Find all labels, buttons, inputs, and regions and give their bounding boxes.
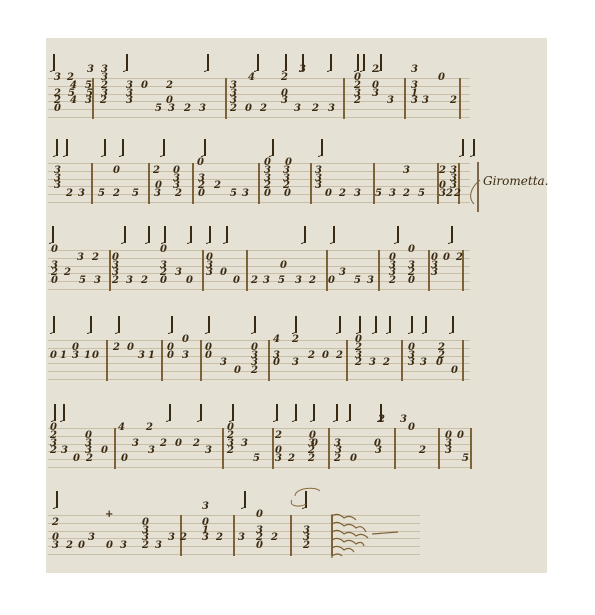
- tab-fret-number: 2: [146, 423, 153, 433]
- tab-fret-number: 5: [375, 189, 382, 199]
- barline: [462, 340, 464, 381]
- tab-fret-number: 0: [457, 431, 464, 441]
- tab-fret-number: 3: [202, 533, 209, 543]
- staff-line: [48, 371, 470, 372]
- tab-fret-number: 3: [54, 73, 61, 83]
- tab-fret-number: 3: [241, 439, 248, 449]
- barline: [225, 78, 227, 119]
- tab-fret-number: 3: [242, 189, 249, 199]
- tab-fret-number: 2: [100, 96, 107, 106]
- tab-fret-number: 3: [408, 358, 415, 368]
- tab-fret-number: 3: [299, 65, 306, 75]
- tab-fret-number: 3: [403, 166, 410, 176]
- tab-fret-number: 0: [408, 423, 415, 433]
- tab-fret-number: 0: [121, 454, 128, 464]
- barline: [328, 428, 330, 469]
- tab-fret-number: 0: [273, 358, 280, 368]
- tab-fret-number: 2: [251, 366, 258, 376]
- margin-label-title: Girometta.: [483, 174, 548, 188]
- tab-fret-number: 0: [198, 189, 205, 199]
- tab-fret-number: 3: [422, 96, 429, 106]
- tab-fret-number: 2: [260, 104, 267, 114]
- tab-fret-number: 0: [54, 104, 61, 114]
- tab-fret-number: 0: [322, 351, 329, 361]
- staff-line: [48, 78, 470, 79]
- barline: [106, 340, 108, 381]
- tab-fret-number: 5: [79, 276, 86, 286]
- tab-fret-number: 3: [182, 351, 189, 361]
- tab-fret-number: 0: [408, 276, 415, 286]
- barline: [161, 340, 163, 381]
- tab-fret-number: 2: [339, 189, 346, 199]
- tab-fret-number: 3: [387, 96, 394, 106]
- tab-fret-number: 5: [230, 189, 237, 199]
- tab-fret-number: 2: [160, 439, 167, 449]
- tab-fret-number: 3: [88, 533, 95, 543]
- tab-fret-number: 2: [308, 446, 315, 456]
- barline: [378, 250, 380, 291]
- tab-fret-number: 3: [126, 96, 133, 106]
- barline: [148, 163, 150, 204]
- tab-fret-number: 0: [350, 454, 357, 464]
- tab-fret-number: 3: [168, 104, 175, 114]
- tab-fret-number: 2: [166, 81, 173, 91]
- tab-fret-number: 3: [154, 189, 161, 199]
- tab-fret-number: 0: [284, 189, 291, 199]
- tab-fret-number: 3: [339, 268, 346, 278]
- tab-fret-number: 2: [230, 104, 237, 114]
- tab-fret-number: 2: [141, 276, 148, 286]
- tab-fret-number: 2: [50, 446, 57, 456]
- barline: [202, 250, 204, 291]
- tab-fret-number: 2: [446, 189, 453, 199]
- staff-line: [48, 250, 470, 251]
- tab-fret-number: 2: [275, 431, 282, 441]
- tab-fret-number: 2: [153, 166, 160, 176]
- tab-fret-number: 5: [98, 189, 105, 199]
- tab-fret-number: 2: [309, 276, 316, 286]
- tab-fret-number: 5: [278, 276, 285, 286]
- tab-fret-number: 0: [175, 439, 182, 449]
- tab-fret-number: 1: [84, 351, 91, 361]
- tab-fret-number: 5: [132, 189, 139, 199]
- tab-fret-number: 3: [148, 446, 155, 456]
- barline: [428, 250, 430, 291]
- barline: [109, 250, 111, 291]
- tab-fret-number: 0: [280, 261, 287, 271]
- staff-line: [48, 356, 470, 357]
- tab-fret-number: 0: [160, 276, 167, 286]
- tab-fret-number: 3: [220, 358, 227, 368]
- tab-fret-number: +: [105, 510, 113, 520]
- tab-fret-number: 0: [256, 541, 263, 551]
- staff-line: [48, 340, 470, 341]
- tab-fret-number: 3: [138, 351, 145, 361]
- tab-fret-number: 0: [197, 158, 204, 168]
- tab-fret-number: 3: [206, 268, 213, 278]
- barline: [91, 163, 93, 204]
- tab-fret-number: 3: [168, 533, 175, 543]
- tab-fret-number: 3: [328, 104, 335, 114]
- barline: [470, 428, 472, 469]
- tab-fret-number: 0: [408, 245, 415, 255]
- tab-fret-number: 2: [180, 533, 187, 543]
- tab-fret-number: 5: [253, 454, 260, 464]
- tab-fret-number: 3: [238, 533, 245, 543]
- tab-fret-number: 3: [87, 65, 94, 75]
- barline: [222, 428, 224, 469]
- tab-fret-number: 3: [54, 181, 61, 191]
- tab-fret-number: 0: [234, 366, 241, 376]
- staff-line: [48, 379, 470, 380]
- barline: [310, 163, 312, 204]
- tab-fret-number: 4: [70, 96, 77, 106]
- tab-fret-number: 0: [141, 81, 148, 91]
- tab-fret-number: 0: [50, 351, 57, 361]
- staff-line: [48, 436, 470, 437]
- tab-fret-number: 3: [400, 415, 407, 425]
- tab-fret-number: 2: [281, 73, 288, 83]
- tab-fret-number: 2: [184, 104, 191, 114]
- tab-fret-number: 0: [256, 510, 263, 520]
- tab-fret-number: 3: [354, 189, 361, 199]
- tab-fret-number: 5: [354, 276, 361, 286]
- tab-fret-number: 2: [456, 253, 463, 263]
- tab-fret-number: 0: [51, 245, 58, 255]
- tab-fret-number: 2: [175, 189, 182, 199]
- tab-fret-number: 0: [186, 276, 193, 286]
- final-ornament: [290, 486, 420, 566]
- staff-line: [48, 94, 470, 95]
- tab-fret-number: 3: [431, 268, 438, 278]
- barline: [258, 163, 260, 204]
- tab-fret-number: 2: [112, 276, 119, 286]
- tab-fret-number: 3: [420, 358, 427, 368]
- tab-fret-number: 4: [118, 423, 125, 433]
- tab-fret-number: 0: [160, 245, 167, 255]
- tab-fret-number: 3: [375, 446, 382, 456]
- tab-fret-number: 1: [60, 351, 67, 361]
- barline: [459, 78, 461, 119]
- tab-fret-number: 2: [64, 268, 71, 278]
- tab-fret-number: 0: [325, 189, 332, 199]
- barline: [401, 340, 403, 381]
- barline: [394, 428, 396, 469]
- tab-fret-number: 2: [66, 541, 73, 551]
- tab-fret-number: 2: [336, 351, 343, 361]
- tab-fret-number: 0: [127, 343, 134, 353]
- barline: [233, 515, 235, 556]
- barline: [438, 428, 440, 469]
- tab-fret-number: 3: [445, 446, 452, 456]
- staff-line: [48, 117, 470, 118]
- tab-fret-number: 2: [439, 166, 446, 176]
- tab-fret-number: 3: [372, 89, 379, 99]
- tab-fret-number: 0: [106, 541, 113, 551]
- tab-fret-number: 2: [454, 189, 461, 199]
- tab-fret-number: 3: [294, 104, 301, 114]
- staff-line: [48, 101, 470, 102]
- tab-fret-number: 2: [355, 358, 362, 368]
- tab-fret-number: 0: [73, 454, 80, 464]
- tab-fret-number: 4: [273, 335, 280, 345]
- tab-fret-number: 3: [126, 276, 133, 286]
- tab-fret-number: 0: [92, 351, 99, 361]
- tab-fret-number: 3: [263, 276, 270, 286]
- tab-fret-number: 3: [411, 96, 418, 106]
- tab-fret-number: 3: [369, 358, 376, 368]
- staff-line: [48, 109, 470, 110]
- tab-fret-number: 2: [113, 343, 120, 353]
- tab-fret-number: 0: [182, 335, 189, 345]
- tab-fret-number: 1: [148, 351, 155, 361]
- tab-fret-number: 2: [354, 96, 361, 106]
- tab-fret-number: 3: [295, 276, 302, 286]
- tab-fret-number: 3: [85, 96, 92, 106]
- staff-line: [48, 444, 470, 445]
- barline: [272, 428, 274, 469]
- tab-fret-number: 3: [155, 541, 162, 551]
- tab-fret-number: 3: [132, 439, 139, 449]
- tab-fret-number: 2: [308, 351, 315, 361]
- tab-fret-number: 0: [264, 189, 271, 199]
- tab-fret-number: 2: [92, 253, 99, 263]
- tab-fret-number: 2: [142, 541, 149, 551]
- tab-fret-number: 3: [205, 446, 212, 456]
- tab-fret-number: 3: [175, 268, 182, 278]
- tab-fret-number: 0: [220, 268, 227, 278]
- barline: [346, 340, 348, 381]
- tab-fret-number: 0: [233, 276, 240, 286]
- tab-fret-number: 2: [66, 189, 73, 199]
- tab-fret-number: 3: [315, 181, 322, 191]
- tab-fret-number: 2: [372, 65, 379, 75]
- tab-fret-number: 3: [61, 446, 68, 456]
- tab-fret-number: 2: [214, 181, 221, 191]
- margin-bracket: [462, 160, 492, 215]
- tab-fret-number: 0: [451, 366, 458, 376]
- barline: [268, 340, 270, 381]
- staff-line: [48, 289, 470, 290]
- staff-line: [48, 428, 470, 429]
- tab-fret-number: 2: [419, 446, 426, 456]
- tab-fret-number: 2: [227, 446, 234, 456]
- tab-fret-number: 2: [52, 518, 59, 528]
- tab-fret-number: 3: [199, 104, 206, 114]
- tab-fret-number: 3: [439, 189, 446, 199]
- tab-fret-number: 4: [248, 73, 255, 83]
- tab-fret-number: 2: [271, 533, 278, 543]
- tab-fret-number: 0: [443, 253, 450, 263]
- tab-fret-number: 0: [328, 276, 335, 286]
- tab-fret-number: 3: [202, 502, 209, 512]
- tab-fret-number: 3: [77, 253, 84, 263]
- barline: [404, 78, 406, 119]
- tab-fret-number: 2: [383, 358, 390, 368]
- tab-fret-number: 2: [312, 104, 319, 114]
- tab-fret-number: 3: [389, 189, 396, 199]
- tab-fret-number: 3: [120, 541, 127, 551]
- tab-fret-number: 0: [113, 166, 120, 176]
- barline: [200, 340, 202, 381]
- tab-fret-number: 2: [251, 276, 258, 286]
- barline: [192, 163, 194, 204]
- tab-fret-number: 3: [52, 541, 59, 551]
- tab-fret-number: 2: [378, 415, 385, 425]
- tab-fret-number: 0: [101, 446, 108, 456]
- tab-fret-number: 2: [334, 454, 341, 464]
- tab-fret-number: 5: [462, 454, 469, 464]
- tab-fret-number: 0: [205, 351, 212, 361]
- tab-fret-number: 3: [72, 351, 79, 361]
- tab-fret-number: 3: [411, 65, 418, 75]
- tab-fret-number: 0: [78, 541, 85, 551]
- staff-line: [48, 348, 470, 349]
- tab-fret-number: 2: [389, 276, 396, 286]
- tab-fret-number: 3: [78, 189, 85, 199]
- tab-fret-number: 2: [450, 96, 457, 106]
- tab-fret-number: 5: [155, 104, 162, 114]
- staff-line: [48, 363, 470, 364]
- barline: [114, 428, 116, 469]
- barline: [343, 78, 345, 119]
- tab-fret-number: 2: [288, 454, 295, 464]
- tab-fret-number: 2: [193, 439, 200, 449]
- tab-fret-number: 0: [167, 351, 174, 361]
- barline: [246, 250, 248, 291]
- staff-line: [48, 467, 470, 468]
- tab-fret-number: 0: [436, 358, 443, 368]
- tab-fret-number: 2: [86, 454, 93, 464]
- tab-fret-number: 0: [438, 73, 445, 83]
- tab-fret-number: 0: [245, 104, 252, 114]
- staff-line: [48, 86, 470, 87]
- tab-fret-number: 3: [281, 96, 288, 106]
- tab-fret-number: 5: [418, 189, 425, 199]
- tab-fret-number: 2: [403, 189, 410, 199]
- tab-fret-number: 2: [292, 335, 299, 345]
- tab-fret-number: 3: [275, 454, 282, 464]
- tab-fret-number: 3: [367, 276, 374, 286]
- tab-fret-number: 2: [216, 533, 223, 543]
- tab-fret-number: 3: [94, 276, 101, 286]
- tab-fret-number: 2: [113, 189, 120, 199]
- tab-fret-number: 3: [292, 358, 299, 368]
- tab-fret-number: 0: [51, 276, 58, 286]
